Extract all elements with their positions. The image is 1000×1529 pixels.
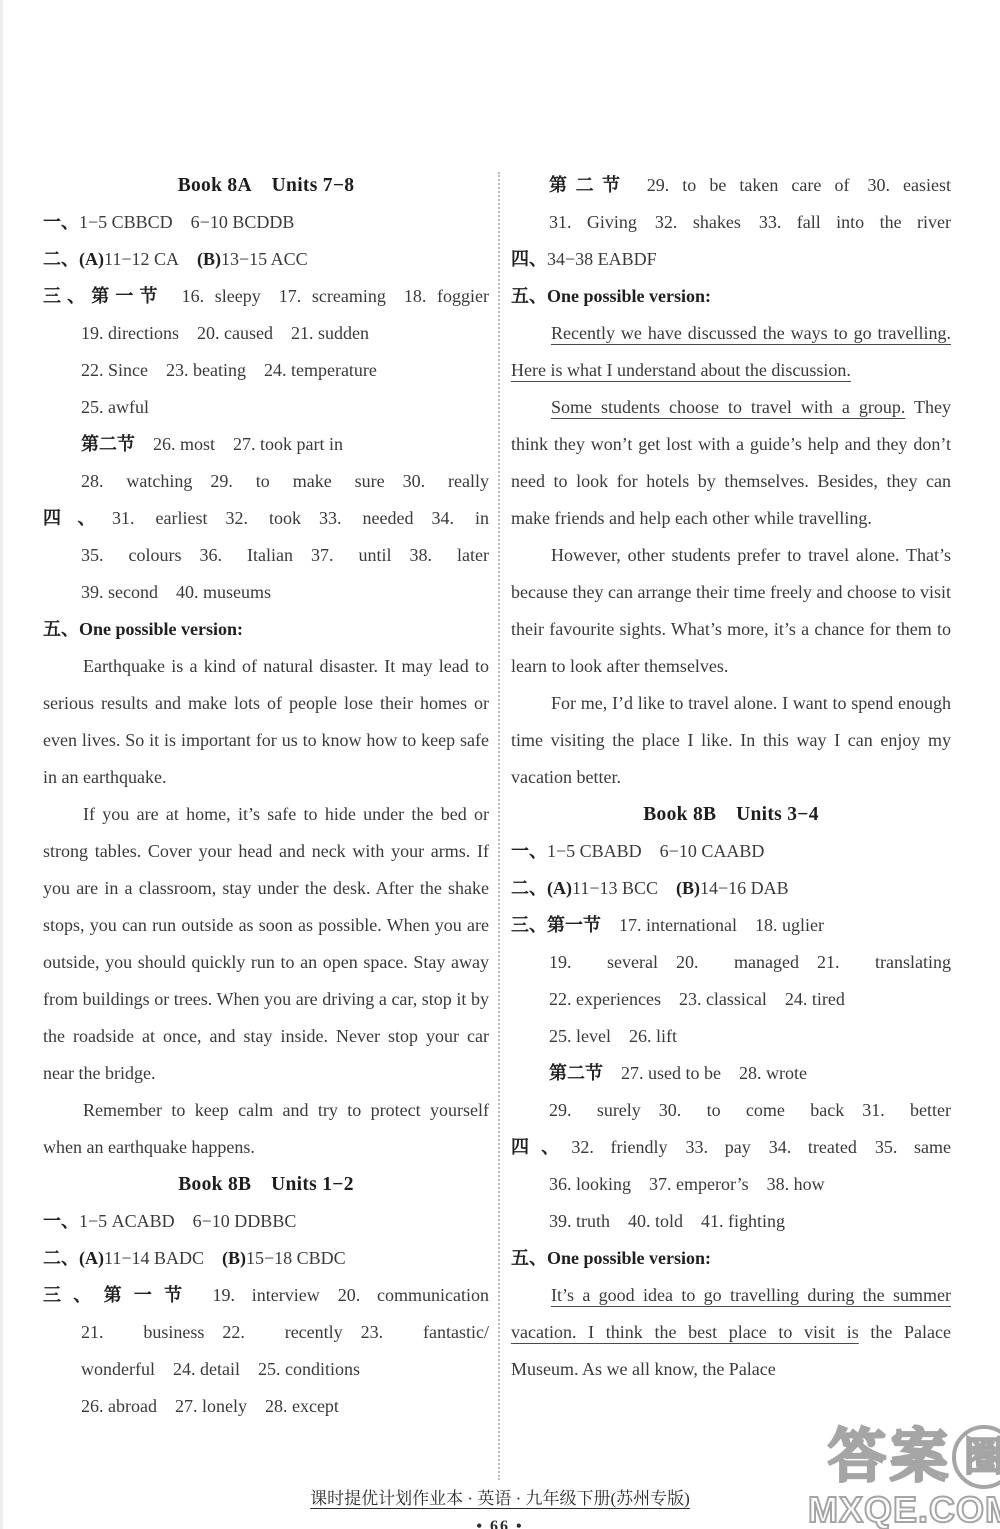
watermark-logo-char: 案: [890, 1428, 948, 1486]
section-heading: Book 8A Units 7−8: [43, 167, 489, 204]
page-number: • 66 •: [0, 1518, 1000, 1529]
answer-line: 二、(A)11−12 CA (B)13−15 ACC: [43, 241, 489, 278]
answer-line: 二、(A)11−13 BCC (B)14−16 DAB: [511, 870, 951, 907]
section-label: 五、: [511, 286, 547, 306]
underlined-text: It’s a good idea to go travelling during…: [511, 1285, 951, 1342]
watermark-logo-circle-icon: 圈: [952, 1425, 1000, 1489]
section-label: 一、: [43, 212, 79, 232]
section-label: 四、: [511, 249, 547, 269]
bold-token: 第一节: [104, 1285, 195, 1305]
section-heading: Book 8B Units 1−2: [43, 1166, 489, 1203]
answer-line: wonderful 24. detail 25. conditions: [43, 1351, 489, 1388]
section-label: 三、: [43, 1285, 104, 1305]
section-label: 五、: [511, 1248, 547, 1268]
bold-token: (A): [79, 249, 104, 269]
section-label: 二、: [43, 249, 79, 269]
watermark-logo-char: 答: [828, 1428, 886, 1486]
answer-line: 一、1−5 CBABD 6−10 CAABD: [511, 833, 951, 870]
answer-line: 36. looking 37. emperor’s 38. how: [511, 1166, 951, 1203]
section-label: 一、: [43, 1211, 79, 1231]
footer: 课时提优计划作业本 · 英语 · 九年级下册(苏州专版): [0, 1484, 1000, 1509]
essay-paragraph: Some students choose to travel with a gr…: [511, 389, 951, 537]
answer-line: 19. several 20. managed 21. translating: [511, 944, 951, 981]
answer-line: 五、One possible version:: [43, 611, 489, 648]
section-label: 三、: [511, 915, 547, 935]
bold-token: 第二节: [549, 175, 629, 195]
answer-line: 一、1−5 CBBCD 6−10 BCDDB: [43, 204, 489, 241]
answer-line: 四、31. earliest 32. took 33. needed 34. i…: [43, 500, 489, 537]
watermark-logo: 答 案 圈: [808, 1425, 1000, 1489]
answer-line: 第二节 27. used to be 28. wrote: [511, 1055, 951, 1092]
left-column: Book 8A Units 7−8一、1−5 CBBCD 6−10 BCDDB二…: [43, 167, 489, 1425]
answer-line: 四、32. friendly 33. pay 34. treated 35. s…: [511, 1129, 951, 1166]
watermark: 答 案 圈 MXQE.COM: [808, 1425, 1000, 1529]
underlined-text: Recently we have discussed the ways to g…: [511, 323, 951, 380]
answer-line: 第二节 29. to be taken care of 30. easiest: [511, 167, 951, 204]
section-heading: Book 8B Units 3−4: [511, 796, 951, 833]
answer-line: 22. experiences 23. classical 24. tired: [511, 981, 951, 1018]
bold-token: 第一节: [91, 286, 163, 306]
essay-paragraph: Recently we have discussed the ways to g…: [511, 315, 951, 389]
scanned-answer-key-page: Book 8A Units 7−8一、1−5 CBBCD 6−10 BCDDB二…: [0, 0, 1000, 1529]
section-label: 五、: [43, 619, 79, 639]
answer-line: 39. second 40. museums: [43, 574, 489, 611]
right-column: 第二节 29. to be taken care of 30. easiest3…: [511, 167, 951, 1388]
answer-line: 25. level 26. lift: [511, 1018, 951, 1055]
answer-line: 一、1−5 ACABD 6−10 DDBBC: [43, 1203, 489, 1240]
underlined-text: Some students choose to travel with a gr…: [551, 397, 905, 417]
section-label: 二、: [43, 1248, 79, 1268]
answer-line: 第二节 26. most 27. took part in: [43, 426, 489, 463]
essay-paragraph: If you are at home, it’s safe to hide un…: [43, 796, 489, 1092]
answer-line: 五、One possible version:: [511, 278, 951, 315]
footer-text: 课时提优计划作业本 · 英语 · 九年级下册(苏州专版): [310, 1489, 690, 1508]
answer-line: 22. Since 23. beating 24. temperature: [43, 352, 489, 389]
column-divider: [498, 172, 500, 1480]
section-label: 三、: [43, 286, 91, 306]
answer-line: 三、第一节 19. interview 20. communication: [43, 1277, 489, 1314]
essay-paragraph: Remember to keep calm and try to protect…: [43, 1092, 489, 1166]
essay-paragraph: However, other students prefer to travel…: [511, 537, 951, 685]
section-label: 四、: [43, 508, 112, 528]
answer-line: 19. directions 20. caused 21. sudden: [43, 315, 489, 352]
essay-paragraph: For me, I’d like to travel alone. I want…: [511, 685, 951, 796]
answer-line: 21. business 22. recently 23. fantastic/: [43, 1314, 489, 1351]
answer-line: 35. colours 36. Italian 37. until 38. la…: [43, 537, 489, 574]
section-label: 一、: [511, 841, 547, 861]
bold-token: 第二节: [549, 1063, 603, 1083]
essay-paragraph: It’s a good idea to go travelling during…: [511, 1277, 951, 1388]
bold-token: (B): [222, 1248, 246, 1268]
page-scan-edge: [0, 0, 3, 1529]
bold-token: 第二节: [81, 434, 135, 454]
answer-line: 三、第一节 16. sleepy 17. screaming 18. foggi…: [43, 278, 489, 315]
answer-line: 五、One possible version:: [511, 1240, 951, 1277]
bold-token: 第一节: [547, 915, 601, 935]
watermark-logo-char: 圈: [964, 1437, 1000, 1477]
answer-line: 31. Giving 32. shakes 33. fall into the …: [511, 204, 951, 241]
answer-line: 29. surely 30. to come back 31. better: [511, 1092, 951, 1129]
answer-line: 39. truth 40. told 41. fighting: [511, 1203, 951, 1240]
answer-line: 四、34−38 EABDF: [511, 241, 951, 278]
section-label: 四、: [511, 1137, 571, 1157]
essay-paragraph: Earthquake is a kind of natural disaster…: [43, 648, 489, 796]
bold-token: (A): [547, 878, 572, 898]
answer-line: 25. awful: [43, 389, 489, 426]
answer-line: 28. watching 29. to make sure 30. really: [43, 463, 489, 500]
bold-token: (A): [79, 1248, 104, 1268]
answer-line: 三、第一节 17. international 18. uglier: [511, 907, 951, 944]
section-label: 二、: [511, 878, 547, 898]
bold-token: (B): [197, 249, 221, 269]
answer-line: 二、(A)11−14 BADC (B)15−18 CBDC: [43, 1240, 489, 1277]
answer-line: 26. abroad 27. lonely 28. except: [43, 1388, 489, 1425]
bold-token: (B): [676, 878, 700, 898]
